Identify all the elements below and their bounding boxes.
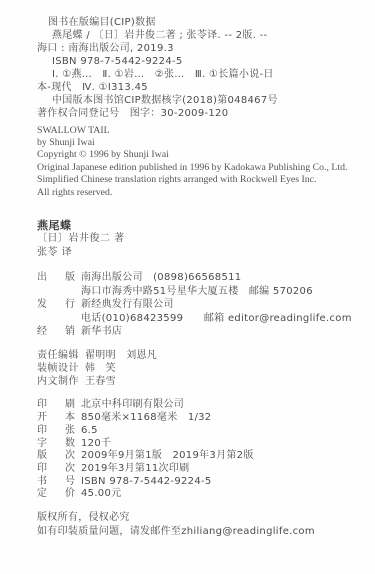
title-block: 燕尾蝶 〔日〕岩井俊二 著 张苓 译: [37, 219, 359, 260]
editor-value: 翟明明 刘恩凡: [85, 349, 157, 362]
copyright-notice: 版权所有，侵权必究: [37, 511, 359, 525]
price-value: 45.00元: [81, 488, 121, 501]
copyright-registration-line: 著作权合同登记号 图字：30-2009-120: [37, 107, 359, 121]
layout-row: 内文制作 王春雪: [37, 375, 359, 388]
editor-label: 责任编辑: [37, 349, 79, 362]
wordcount-value: 120千: [81, 438, 111, 451]
distributor-label: 发行: [37, 298, 75, 311]
isbn-row: 书号 ISBN 978-7-5442-9224-5: [37, 476, 359, 489]
editor-row: 责任编辑 翟明明 刘恩凡: [37, 349, 359, 362]
retailer-row: 经销 新华书店: [37, 325, 359, 338]
cip-isbn-line: ISBN 978-7-5442-9224-5: [37, 55, 359, 68]
quality-contact-line: 如有印装质量问题，请发邮件至zhiliang@readinglife.com: [37, 525, 359, 539]
cip-entry-line-2: 海口 : 南海出版公司, 2019.3: [37, 42, 359, 55]
sheets-row: 印张 6.5: [37, 425, 359, 438]
printer-row: 印刷 北京中科印刷有限公司: [37, 399, 359, 412]
edition-label: 版次: [37, 450, 75, 463]
design-row: 装帧设计 韩 笑: [37, 362, 359, 375]
cip-class-line-1: Ⅰ. ①燕… Ⅱ. ①岩… ②张… Ⅲ. ①长篇小说-日: [37, 68, 359, 81]
cip-block: 图书在版编目(CIP)数据 燕尾蝶 / 〔日〕岩井俊二著 ; 张苓译. -- 2…: [37, 16, 359, 107]
wordcount-row: 字数 120千: [37, 438, 359, 451]
impression-row: 印次 2019年3月第11次印刷: [37, 463, 359, 476]
english-original-edition-line: Original Japanese edition published in 1…: [37, 162, 359, 174]
book-author: 〔日〕岩井俊二 著: [37, 232, 359, 246]
edition-row: 版次 2009年9月第1版 2019年3月第2版: [37, 450, 359, 463]
cip-entry-line-1: 燕尾蝶 / 〔日〕岩井俊二著 ; 张苓译. -- 2版. --: [37, 29, 359, 42]
printing-block: 印刷 北京中科印刷有限公司 开本 850毫米×1168毫米 1/32 印张 6.…: [37, 399, 359, 501]
publisher-label: 出版: [37, 271, 75, 284]
distributor-row: 发行 新经典发行有限公司: [37, 298, 359, 311]
footer-block: 版权所有，侵权必究 如有印装质量问题，请发邮件至zhiliang@reading…: [37, 511, 359, 538]
distributor-value: 新经典发行有限公司: [81, 298, 174, 311]
isbn-value: ISBN 978-7-5442-9224-5: [81, 476, 212, 489]
format-label: 开本: [37, 412, 75, 425]
impression-label: 印次: [37, 463, 75, 476]
design-label: 装帧设计: [37, 362, 79, 375]
impression-value: 2019年3月第11次印刷: [81, 463, 189, 476]
publisher-value: 南海出版公司 (0898)66568511: [81, 271, 241, 284]
wordcount-label: 字数: [37, 438, 75, 451]
sheets-value: 6.5: [81, 425, 98, 438]
isbn-label: 书号: [37, 476, 75, 489]
book-translator: 张苓 译: [37, 246, 359, 260]
english-title: SWALLOW TAIL: [37, 125, 359, 137]
publishing-block: 出版 南海出版公司 (0898)66568511 海口市海秀中路51号星华大厦五…: [37, 271, 359, 338]
english-byline: by Shunji Iwai: [37, 137, 359, 149]
layout-label: 内文制作: [37, 375, 79, 388]
retailer-value: 新华书店: [81, 325, 122, 338]
price-row: 定价 45.00元: [37, 488, 359, 501]
publisher-address-row: 海口市海秀中路51号星华大厦五楼 邮编 570206: [37, 285, 359, 298]
format-row: 开本 850毫米×1168毫米 1/32: [37, 412, 359, 425]
english-rights-block: SWALLOW TAIL by Shunji Iwai Copyright © …: [37, 125, 359, 199]
english-copyright-line: Copyright © 1996 by Shunji Iwai: [37, 149, 359, 161]
book-title: 燕尾蝶: [37, 219, 359, 233]
cip-class-line-2: 本-现代 Ⅳ. ①I313.45: [37, 81, 359, 94]
colophon-page: 图书在版编目(CIP)数据 燕尾蝶 / 〔日〕岩井俊二著 ; 张苓译. -- 2…: [0, 0, 375, 574]
publisher-row: 出版 南海出版公司 (0898)66568511: [37, 271, 359, 284]
cip-header: 图书在版编目(CIP)数据: [37, 16, 359, 29]
design-value: 韩 笑: [85, 362, 116, 375]
english-translation-rights-line: Simplified Chinese translation rights ar…: [37, 174, 359, 186]
english-rights-reserved-line: All rights reserved.: [37, 187, 359, 199]
printer-value: 北京中科印刷有限公司: [81, 399, 184, 412]
retailer-label: 经销: [37, 325, 75, 338]
staff-block: 责任编辑 翟明明 刘恩凡 装帧设计 韩 笑 内文制作 王春雪: [37, 349, 359, 388]
layout-value: 王春雪: [85, 375, 116, 388]
cip-record-number: 中国版本图书馆CIP数据核字(2018)第048467号: [37, 94, 359, 107]
edition-value: 2009年9月第1版 2019年3月第2版: [81, 450, 254, 463]
distributor-phone-row: 电话(010)68423599 邮箱 editor@readinglife.co…: [37, 312, 359, 325]
printer-label: 印刷: [37, 399, 75, 412]
price-label: 定价: [37, 488, 75, 501]
format-value: 850毫米×1168毫米 1/32: [81, 412, 211, 425]
sheets-label: 印张: [37, 425, 75, 438]
